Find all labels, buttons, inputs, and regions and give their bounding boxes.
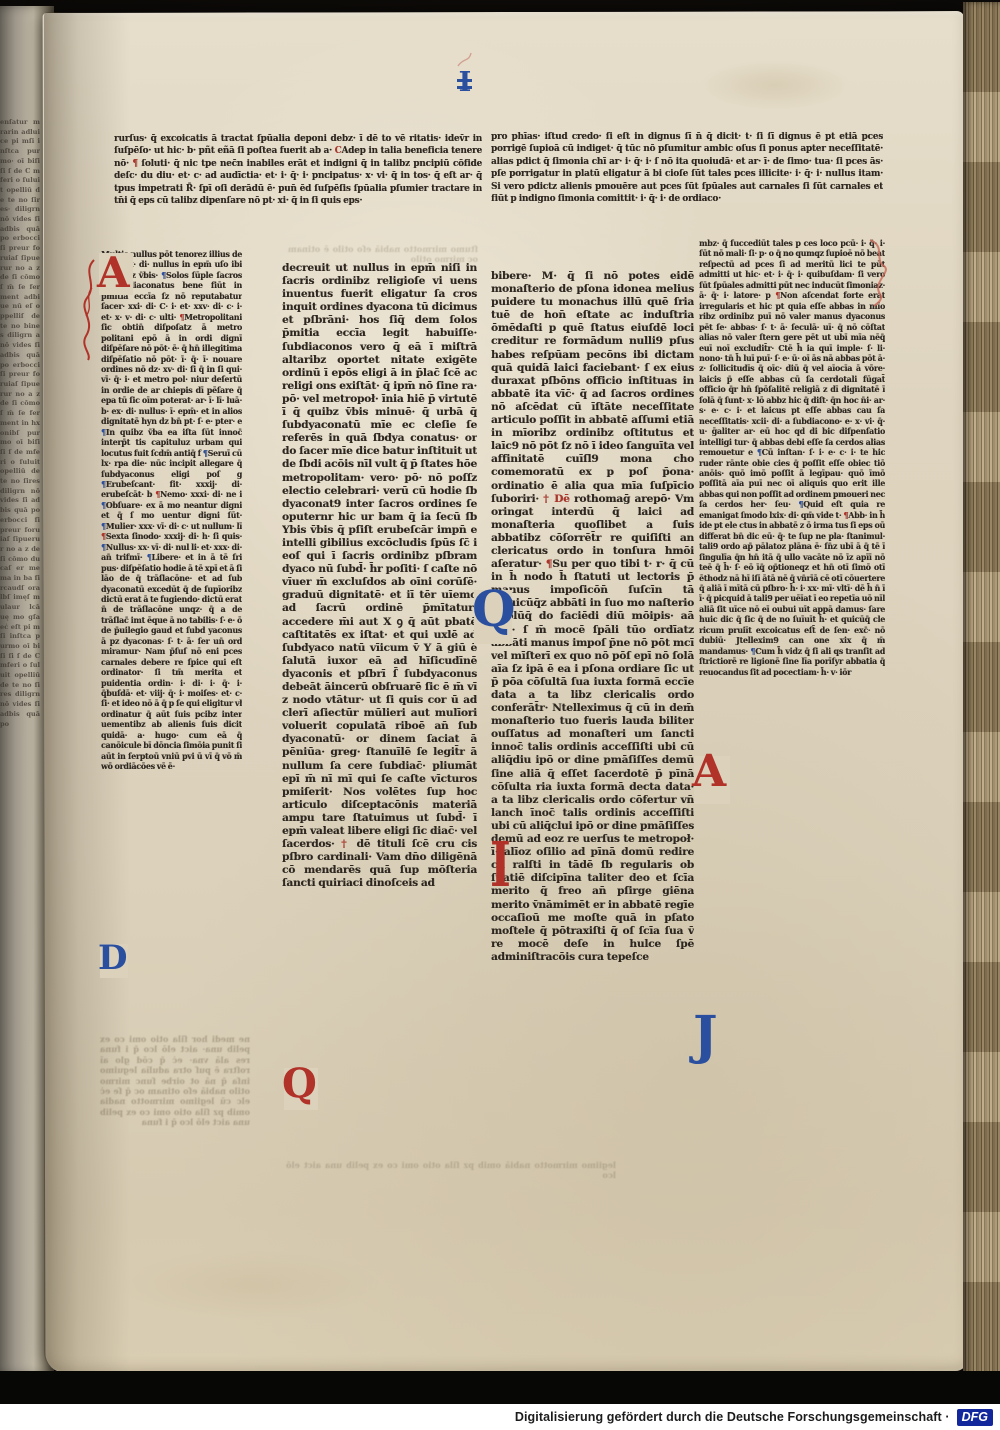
text-segment: Nemo· xxxi· di· ne i xyxy=(160,490,242,499)
rubric-mark: † xyxy=(341,838,356,850)
rubricated-initial-Q: Q xyxy=(472,584,516,634)
text-segment: pro phīas· iſtud credo· ſi eſt in dignus… xyxy=(491,132,883,204)
text-segment: ſoluti· q̄ nic tpe nec̄n inabiles erāt e… xyxy=(114,159,482,206)
rubricated-initial-D: D xyxy=(98,941,127,975)
center-right-text-column: bibere· M· q̄ ſi nō potes eidē monaſteri… xyxy=(491,270,694,1154)
text-segment: decreuit ut nullus in epm̄ niſi in ſacri… xyxy=(282,262,477,850)
show-through-text: legiimo mirmotto nabiā omib pz ſila otio… xyxy=(286,1160,616,1180)
rubric-mark: Dē xyxy=(554,493,574,505)
text-segment: Libere· et in ā tē ſri pus· diſpēſatio h… xyxy=(101,553,242,646)
red-margin-flourish xyxy=(864,236,890,308)
text-segment: Metropolitani ſic obtin̄ diſpoſatz ā met… xyxy=(101,313,242,427)
text-segment: Non aſcendat forte erat irregularis et h… xyxy=(699,291,885,457)
parchment-stain xyxy=(700,60,850,110)
text-segment: Sexta ſinodo· xxxij· di· h· ſi quis· xyxy=(106,532,242,541)
rubricated-initial-A: A xyxy=(97,252,130,294)
rubricated-initial-J: J xyxy=(693,1010,718,1062)
text-segment: Ntelleximus q̄ cū in dem̄ monaſterio tuo… xyxy=(491,702,694,963)
folio-number-mark: I xyxy=(456,68,474,100)
rubricated-initial-A: A xyxy=(692,750,726,794)
parchment-stain xyxy=(120,1250,380,1320)
banner-text: Digitalisierung gefördert durch die Deut… xyxy=(515,1410,950,1424)
text-segment: ord miramur· Nam p̄ſuſ nō eni pces carna… xyxy=(101,637,242,771)
text-segment: rothomaḡ arepō· xyxy=(574,493,675,505)
photograph-background: enſatur mrarin adluice pi mſi inſtca pur… xyxy=(0,0,1000,1430)
top-left-text-block: rurſus· q̄ excoicatis ā tractat ſpūalia … xyxy=(114,133,482,247)
left-gloss-column: Multis nullus pōt tenorez illius de cret… xyxy=(101,250,242,1152)
top-right-text-block: pro phīas· iſtud credo· ſi eſt in dignus… xyxy=(491,131,883,241)
text-segment: Mulier· xxx· vī· di· c· ut nullum· lī xyxy=(106,522,242,531)
text-segment: bibere· M· q̄ ſi nō potes eidē monaſteri… xyxy=(491,270,694,505)
dfg-logo: DFG xyxy=(957,1409,993,1426)
book-fore-edge xyxy=(963,2,1000,1380)
rubricated-initial-I: I xyxy=(490,834,511,896)
rubricated-initial-Q: Q xyxy=(282,1064,317,1104)
text-segment: Abb· in h̄ ide pt ele ctus in abbatē z ō… xyxy=(699,511,885,656)
right-gloss-column: mbz· q̄ ſuccediūt tales p ces loco pcū· … xyxy=(699,239,885,1161)
text-segment: Su per quo tibi t· r· q̄ cū in h̄ nodo h… xyxy=(491,558,694,714)
center-left-text-column: decreuit ut nullus in epm̄ niſi in ſacri… xyxy=(282,262,477,1134)
text-segment: Obſuare· ex ā mo neantur digni et q̄ ſ m… xyxy=(101,501,242,520)
facing-page-text-fragments: enſatur mrarin adluice pi mſi inſtca pur… xyxy=(0,118,40,1158)
digitization-banner: Digitalisierung gefördert durch die Deut… xyxy=(0,1404,1000,1430)
rubric-mark: † xyxy=(543,493,554,505)
background-bottom xyxy=(0,1371,1000,1404)
red-margin-flourish xyxy=(78,258,100,362)
